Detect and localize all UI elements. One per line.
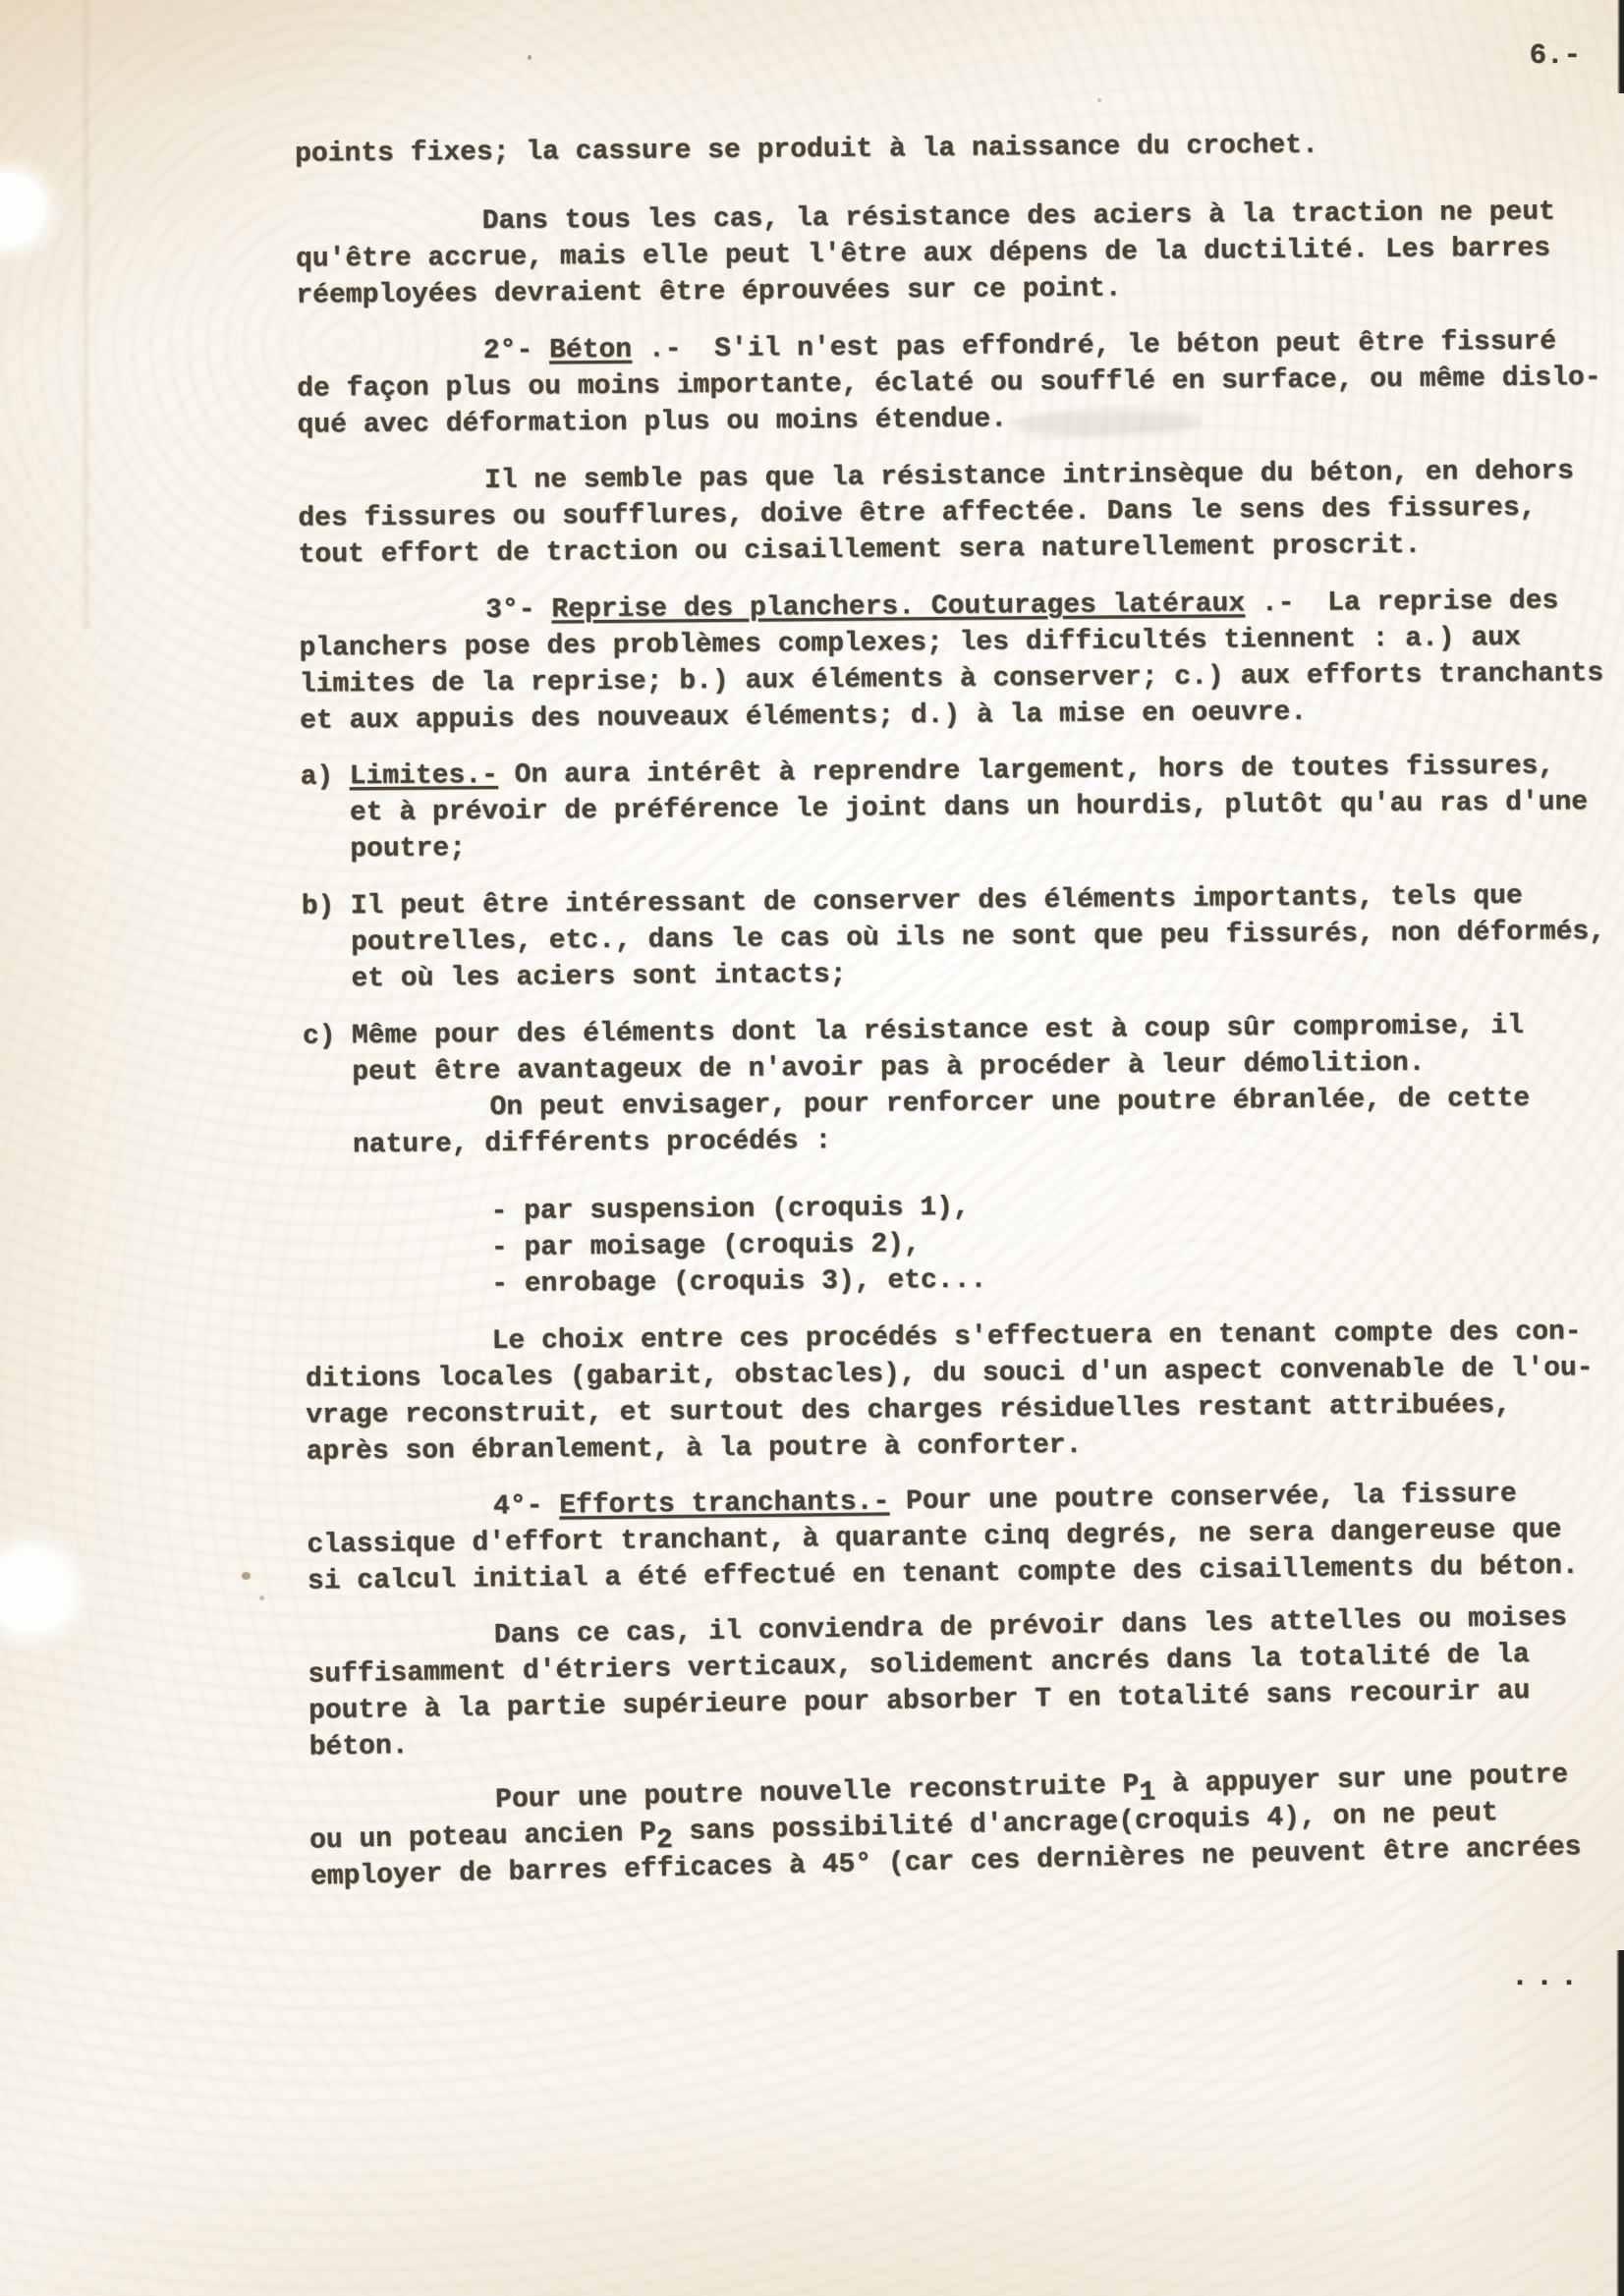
document-text: points fixes; la cassure se produit à la…	[295, 125, 1623, 1896]
subscript-text: 1	[1139, 1777, 1156, 1808]
text-segment: à appuyer sur une poutre	[1155, 1760, 1569, 1800]
text-segment: tout effort de traction ou cisaillement …	[299, 531, 1422, 571]
text-segment: - enrobage (croquis 3), etc...	[491, 1265, 986, 1300]
paragraph: c)Même pour des éléments dont la résista…	[303, 1007, 1616, 1164]
paragraph: 4°- Efforts tranchants.- Pour une poutre…	[307, 1475, 1620, 1599]
underlined-heading: Reprise des planchers. Couturages latéra…	[551, 588, 1245, 625]
text-segment: - par suspension (croquis 1),	[490, 1193, 970, 1227]
text-segment: - par moisage (croquis 2),	[491, 1229, 921, 1263]
text-line: points fixes; la cassure se produit à la…	[295, 125, 1607, 173]
paper-speck	[242, 1572, 251, 1580]
list-item-label: a)	[301, 758, 334, 795]
paragraph: Il ne semble pas que la résistance intri…	[298, 453, 1611, 574]
page-number: 6.-	[1530, 39, 1581, 72]
paragraph: 2°- Béton .- S'il n'est pas effondré, le…	[297, 323, 1610, 444]
text-segment: béton.	[308, 1731, 408, 1764]
text-segment: On peut envisager, pour renforcer une po…	[490, 1084, 1531, 1123]
paragraph: points fixes; la cassure se produit à la…	[295, 125, 1607, 173]
text-segment: après son ébranlement, à la poutre à con…	[307, 1430, 1083, 1468]
text-segment: 4°-	[493, 1491, 560, 1523]
text-segment: nature, différents procédés :	[353, 1126, 832, 1160]
paper-speck	[259, 1596, 264, 1600]
text-segment: et où les aciers sont intacts;	[351, 960, 846, 994]
paragraph: 3°- Reprise des planchers. Couturages la…	[299, 583, 1612, 740]
text-segment: poutre;	[350, 833, 466, 865]
punch-hole	[0, 173, 45, 246]
text-segment: et aux appuis des nouveaux éléments; d.)…	[300, 698, 1307, 737]
paragraph: b)Il peut être intéressant de conserver …	[302, 877, 1615, 998]
paragraph: a)Limites.- On aura intérêt à reprendre …	[301, 748, 1614, 868]
paper-speck	[1097, 98, 1101, 102]
text-segment: .- S'il n'est pas effondré, le béton peu…	[632, 327, 1556, 365]
underlined-heading: Béton	[549, 335, 632, 366]
paragraph: Le choix entre ces procédés s'effectuera…	[306, 1314, 1619, 1471]
text-segment: ou un poteau ancien P	[309, 1818, 656, 1856]
underlined-heading: Limites.-	[350, 760, 498, 792]
text-segment: qué avec déformation plus ou moins étend…	[297, 404, 1007, 440]
paper-speck	[528, 55, 532, 60]
text-segment: 2°-	[483, 335, 549, 366]
text-segment: réemployées devraient être éprouvées sur…	[296, 273, 1121, 310]
punch-hole	[0, 1548, 73, 1633]
text-segment: On aura intérêt à reprendre largement, h…	[498, 752, 1555, 791]
text-segment: points fixes; la cassure se produit à la…	[295, 131, 1318, 170]
text-segment: 3°-	[485, 594, 551, 626]
text-segment: Pour une poutre conservée, la fissure	[889, 1480, 1517, 1518]
continuation-dots: ...	[1511, 1961, 1585, 1994]
paragraph: Dans ce cas, il conviendra de prévoir da…	[308, 1598, 1622, 1765]
scan-edge-artifact	[1616, 1950, 1624, 2296]
scan-edge-artifact	[1617, 0, 1624, 93]
underlined-heading: Efforts tranchants.-	[559, 1486, 889, 1521]
text-segment: .- La reprise des	[1245, 586, 1559, 619]
paragraph: Dans tous les cas, la résistance des aci…	[296, 194, 1609, 314]
subscript-text: 2	[656, 1825, 674, 1856]
list-item-label: c)	[303, 1018, 336, 1054]
scanned-document-page: 6.- points fixes; la cassure se produit …	[0, 0, 1624, 2296]
paper-crease	[84, 0, 87, 629]
paragraph: Pour une poutre nouvelle reconstruite P1…	[308, 1756, 1623, 1895]
list-item-label: b)	[302, 888, 335, 924]
paragraph: - par suspension (croquis 1),- par moisa…	[304, 1184, 1617, 1305]
text-segment: vrage reconstruit, et surtout des charge…	[306, 1390, 1511, 1431]
